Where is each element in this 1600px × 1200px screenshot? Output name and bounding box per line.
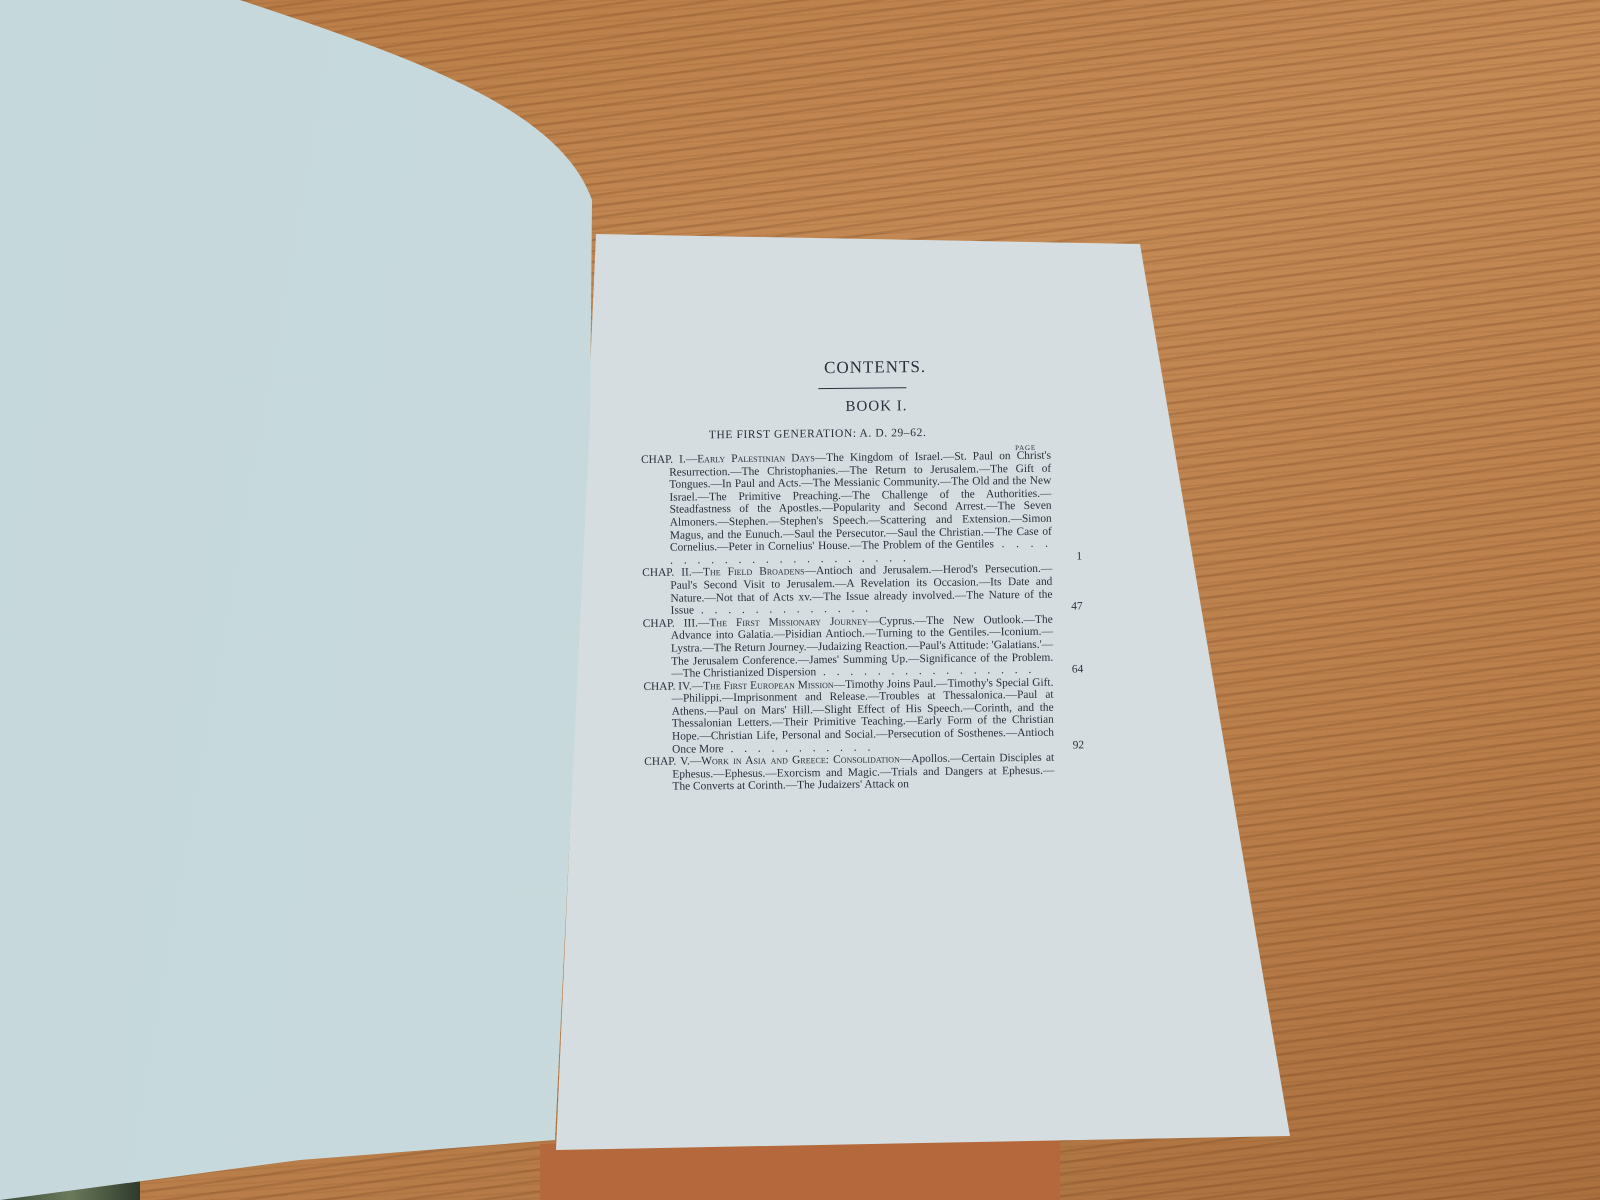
book-heading: BOOK I. [766, 397, 986, 416]
toc-entry-chapter-3: CHAP. III.—The First Missionary Journey—… [643, 613, 1054, 680]
leader-dots: . . . . . . . . . . . [724, 741, 875, 755]
page-number: 92 [1060, 739, 1084, 752]
leader-dots: . . . . . . . . . . . . . [694, 603, 872, 617]
section-heading: THE FIRST GENERATION: A. D. 29–62. [709, 425, 1091, 441]
page-number: 47 [1059, 601, 1083, 614]
chapter-title: The First Missionary Journey [709, 615, 868, 629]
contents-title: CONTENTS. [765, 356, 985, 378]
chapter-title: The Field Broadens [703, 566, 805, 579]
page-number: 1 [1058, 550, 1082, 563]
chapter-title: Early Palestinian Days [697, 452, 815, 465]
table-of-contents: CONTENTS. BOOK I. THE FIRST GENERATION: … [640, 355, 1095, 794]
title-rule [818, 387, 906, 389]
toc-entry-chapter-2: CHAP. II.—The Field Broadens—Antioch and… [642, 563, 1053, 618]
toc-entry-chapter-4: CHAP. IV.—The First European Mission—Tim… [643, 676, 1054, 756]
chapter-title: The First European Mission [703, 679, 834, 692]
page-number: 64 [1059, 663, 1083, 676]
toc-entry-chapter-5: CHAP. V.—Work in Asia and Greece: Consol… [644, 752, 1054, 794]
toc-entry-chapter-1: CHAP. I.—Early Palestinian Days—The King… [641, 450, 1052, 568]
